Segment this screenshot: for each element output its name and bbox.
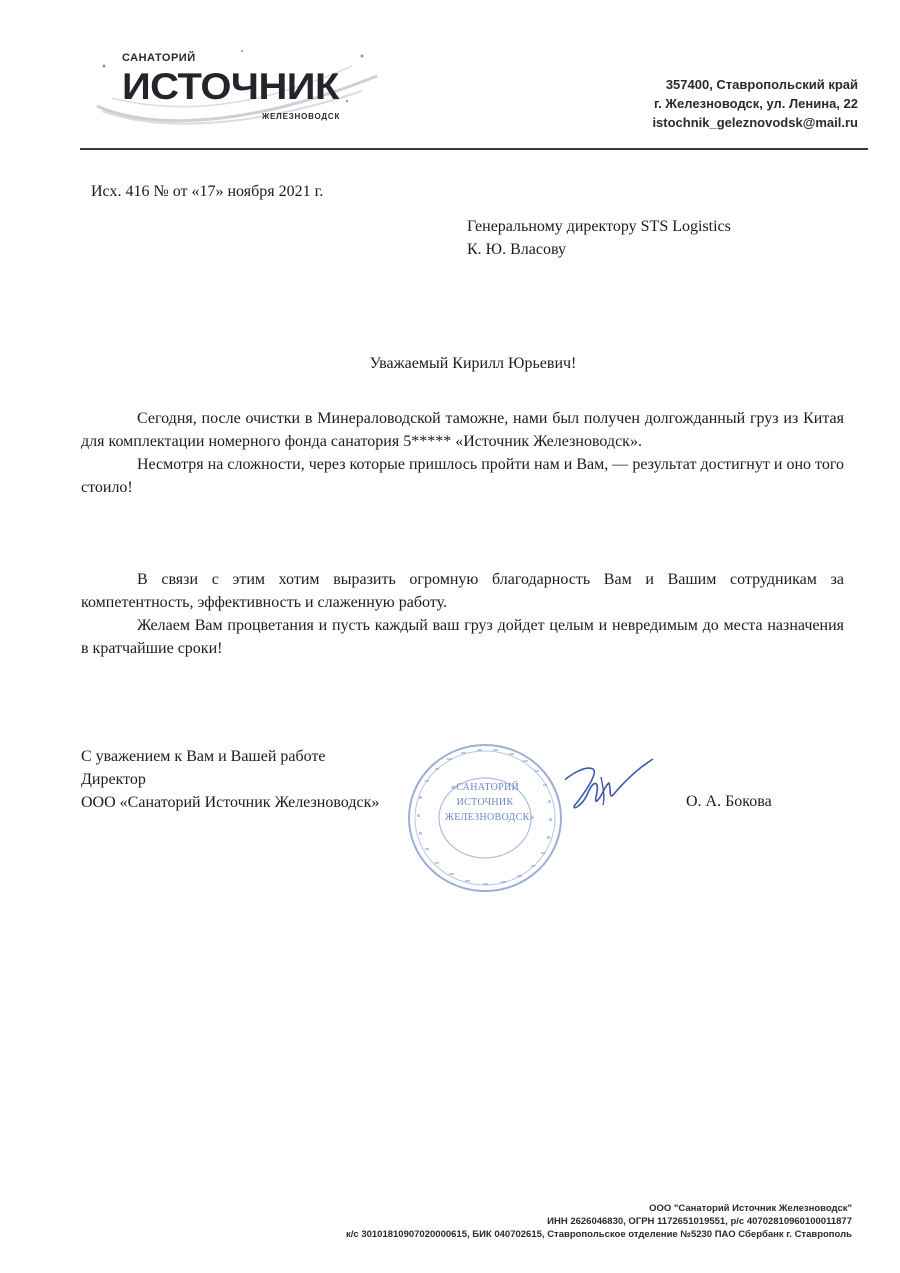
sanatorium-logo: САНАТОРИЙ ИСТОЧНИК ЖЕЛЕЗНОВОДСК xyxy=(92,36,382,136)
body-paragraph: Несмотря на сложности, через которые при… xyxy=(81,453,844,499)
signer-name: О. А. Бокова xyxy=(686,793,772,811)
salutation: Уважаемый Кирилл Юрьевич! xyxy=(0,355,900,373)
stamp-line-3: ЖЕЛЕЗНОВОДСК» xyxy=(445,810,525,825)
address-line-1: 357400, Ставропольский край xyxy=(652,75,858,94)
signature-icon xyxy=(565,755,655,815)
closing-organization: ООО «Санаторий Источник Железноводск» xyxy=(81,791,379,814)
address-email: istochnik_geleznovodsk@mail.ru xyxy=(652,113,858,132)
footer-company-name: ООО "Санаторий Источник Железноводск" xyxy=(346,1202,852,1215)
stamp-center-text: «САНАТОРИЙ ИСТОЧНИК ЖЕЛЕЗНОВОДСК» xyxy=(445,780,525,825)
address-line-2: г. Железноводск, ул. Ленина, 22 xyxy=(652,94,858,113)
closing-regards: С уважением к Вам и Вашей работе xyxy=(81,745,379,768)
body-paragraph: В связи с этим хотим выразить огромную б… xyxy=(81,568,844,614)
recipient-block: Генеральному директору STS Logistics К. … xyxy=(467,215,731,261)
closing-block: С уважением к Вам и Вашей работе Директо… xyxy=(81,745,379,814)
header-divider xyxy=(80,148,868,150)
recipient-name: К. Ю. Власову xyxy=(467,238,731,261)
letter-body-part-2: В связи с этим хотим выразить огромную б… xyxy=(81,568,844,660)
outgoing-reference: Исх. 416 № от «17» ноября 2021 г. xyxy=(91,183,323,201)
logo-bottom-text: ЖЕЛЕЗНОВОДСК xyxy=(262,112,340,121)
logo-top-text: САНАТОРИЙ xyxy=(122,52,196,64)
handwritten-signature xyxy=(565,755,655,815)
body-paragraph: Желаем Вам процветания и пусть каждый ва… xyxy=(81,614,844,660)
recipient-title: Генеральному директору STS Logistics xyxy=(467,215,731,238)
footer-bank-details: к/с 30101810907020000615, БИК 040702615,… xyxy=(346,1228,852,1241)
letter-body-part-1: Сегодня, после очистки в Минераловодской… xyxy=(81,407,844,499)
stamp-line-2: ИСТОЧНИК xyxy=(445,795,525,810)
stamp-line-1: «САНАТОРИЙ xyxy=(445,780,525,795)
official-stamp: «САНАТОРИЙ ИСТОЧНИК ЖЕЛЕЗНОВОДСК» xyxy=(405,740,565,895)
company-requisites: ООО "Санаторий Источник Железноводск" ИН… xyxy=(346,1202,852,1241)
footer-tax-ids: ИНН 2626046830, ОГРН 1172651019551, р/с … xyxy=(346,1215,852,1228)
closing-position: Директор xyxy=(81,768,379,791)
logo-main-text: ИСТОЧНИК xyxy=(122,66,339,108)
body-paragraph: Сегодня, после очистки в Минераловодской… xyxy=(81,407,844,453)
letterhead-address: 357400, Ставропольский край г. Железново… xyxy=(652,75,858,132)
